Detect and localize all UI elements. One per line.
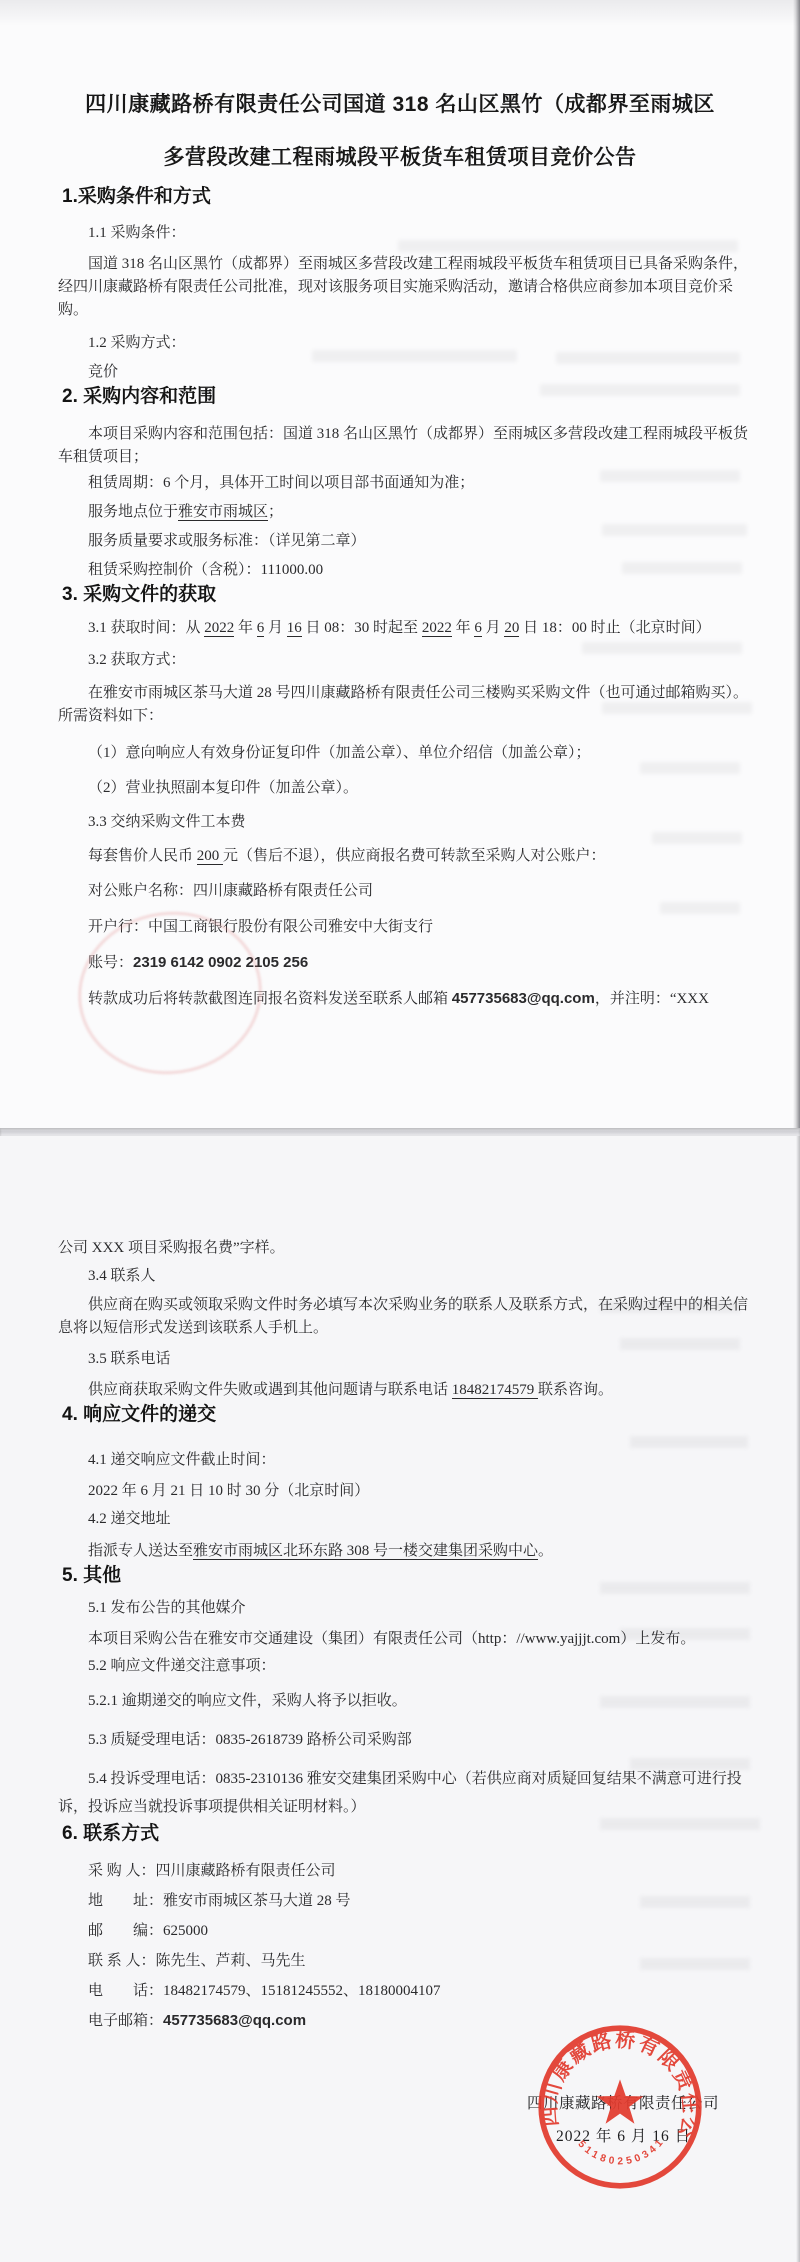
clause-3-5-text: 供应商获取采购文件失败或遇到其他问题请与联系电话 18482174579 联系咨… (88, 1379, 748, 1402)
text-segment: 供应商获取采购文件失败或遇到其他问题请与联系电话 (88, 1382, 452, 1398)
bleedthrough-text (652, 832, 742, 844)
text-segment: ； (268, 504, 283, 520)
bleedthrough-text (630, 1758, 750, 1770)
page-2: 公司 XXX 项目采购报名费”字样。 3.4 联系人 供应商在购买或领取采购文件… (0, 1136, 800, 2262)
text-segment: 指派专人送达至 (88, 1543, 193, 1559)
bleedthrough-text (556, 352, 740, 364)
seal-ring-text: 四川康藏路桥有限责任公司 (533, 2020, 703, 2142)
text-segment: 6 (474, 620, 482, 637)
text-segment: 16 (287, 620, 302, 637)
text-segment: 18482174579 (452, 1382, 538, 1399)
official-seal-stamp: 四川康藏路桥有限责任公司 5118025034105 (533, 2020, 707, 2194)
text-segment: 月 (482, 620, 505, 636)
fee-line: 每套售价人民币 200 元（售后不退），供应商报名费可转款至采购人对公账户： (88, 845, 748, 868)
clause-4-1: 4.1 递交响应文件截止时间： (88, 1449, 748, 1472)
text-segment: ，并注明：“XXX (595, 991, 709, 1007)
text-segment: 月 (264, 620, 287, 636)
query-phone-line: 5.3 质疑受理电话：0835-2618739 路桥公司采购部 (88, 1729, 748, 1752)
contact-row-phone: 电 话：18482174579、15181245552、18180004107 (88, 1980, 748, 2002)
text-segment: 元（售后不退），供应商报名费可转款至采购人对公账户： (223, 848, 606, 864)
text-segment: 每套售价人民币 (88, 848, 197, 864)
clause-3-3: 3.3 交纳采购文件工本费 (88, 811, 748, 834)
text-segment: 年 (452, 620, 475, 636)
deadline-line: 2022 年 6 月 21 日 10 时 30 分（北京时间） (88, 1480, 748, 1503)
title-line-2: 多营段改建工程雨城段平板货车租赁项目竞价公告 (55, 131, 745, 184)
contact-label: 联 系 人： (88, 1953, 156, 1969)
clause-3-4: 3.4 联系人 (88, 1265, 748, 1288)
contact-value: 陈先生、芦莉、马先生 (156, 1953, 306, 1969)
bleedthrough-text (600, 1818, 760, 1830)
bleedthrough-text (600, 1301, 740, 1313)
page-break-shadow (0, 1128, 800, 1136)
bleedthrough-text (398, 240, 738, 252)
bleedthrough-text (312, 350, 517, 362)
bleedthrough-text (660, 902, 740, 914)
bleedthrough-text (640, 762, 740, 774)
contact-value: 四川康藏路桥有限责任公司 (156, 1863, 336, 1879)
bleedthrough-text (620, 1338, 740, 1350)
bleedthrough-text (600, 1696, 750, 1708)
bleedthrough-text (620, 1628, 750, 1640)
bleedthrough-text (540, 384, 740, 396)
service-location-line: 服务地点位于雅安市雨城区； (88, 501, 748, 524)
contact-row-purchaser: 采 购 人：四川康藏路桥有限责任公司 (88, 1860, 748, 1882)
title-line-1: 四川康藏路桥有限责任公司国道 318 名山区黑竹（成都界至雨城区 (55, 78, 745, 131)
contact-label: 采 购 人： (88, 1863, 156, 1879)
scope-paragraph: 本项目采购内容和范围包括：国道 318 名山区黑竹（成都界）至雨城区多营段改建工… (58, 423, 748, 469)
text-segment: 2022 (204, 620, 234, 637)
section-4-heading: 4. 响应文件的递交 (62, 1402, 745, 1428)
account-name-line: 对公账户名称：四川康藏路桥有限责任公司 (88, 880, 748, 903)
text-segment: 2022 (422, 620, 452, 637)
contact-label: 邮 编： (88, 1923, 163, 1939)
bleedthrough-text (630, 1436, 748, 1448)
section-1-heading: 1.采购条件和方式 (62, 184, 745, 210)
svg-text:四川康藏路桥有限责任公司: 四川康藏路桥有限责任公司 (533, 2020, 703, 2142)
seal-star-icon (597, 2079, 644, 2123)
clause-3-5: 3.5 联系电话 (88, 1348, 748, 1371)
required-doc-2: （2）营业执照副本复印件（加盖公章）。 (88, 777, 748, 800)
bleedthrough-text (582, 642, 742, 654)
contact-label: 电子邮箱： (88, 2013, 163, 2029)
clause-1-2-text: 竞价 (88, 361, 748, 384)
document-title: 四川康藏路桥有限责任公司国道 318 名山区黑竹（成都界至雨城区 多营段改建工程… (55, 78, 745, 184)
contact-row-zipcode: 邮 编：625000 (88, 1920, 748, 1942)
contact-label: 地 址： (88, 1893, 163, 1909)
text-segment: 雅安市雨城区北环东路 308 号一楼交建集团采购中心 (193, 1543, 538, 1560)
clause-1-1-text: 国道 318 名山区黑竹（成都界）至雨城区多营段改建工程雨城段平板货车租赁项目已… (58, 253, 748, 322)
bleedthrough-text (602, 524, 747, 536)
transfer-note-part2: 公司 XXX 项目采购报名费”字样。 (58, 1237, 748, 1260)
bleedthrough-text (602, 702, 752, 714)
bleedthrough-text (600, 470, 740, 482)
text-segment: 20 (504, 620, 519, 637)
clause-5-1: 5.1 发布公告的其他媒介 (88, 1597, 748, 1620)
clause-3-1: 3.1 获取时间：从 2022 年 6 月 16 日 08：30 时起至 202… (88, 617, 748, 640)
text-segment: 3.1 获取时间：从 (88, 620, 204, 636)
text-segment: 200 (197, 848, 223, 865)
clause-5-2: 5.2 响应文件递交注意事项： (88, 1655, 748, 1678)
text-segment: 年 (234, 620, 257, 636)
text-segment: 联系咨询。 (538, 1382, 613, 1398)
clause-4-2: 4.2 递交地址 (88, 1508, 748, 1531)
delivery-address-line: 指派专人送达至雅安市雨城区北环东路 308 号一楼交建集团采购中心。 (88, 1540, 748, 1563)
contact-value: 625000 (163, 1923, 208, 1939)
contact-label: 电 话： (88, 1983, 163, 1999)
bleedthrough-text (640, 1958, 750, 1970)
complaint-phone-paragraph: 5.4 投诉受理电话：0835-2310136 雅安交建集团采购中心（若供应商对… (58, 1765, 748, 1821)
text-segment: 服务地点位于 (88, 504, 178, 520)
contact-value: 457735683@qq.com (163, 2012, 306, 2029)
scanned-bid-announcement: 四川康藏路桥有限责任公司国道 318 名山区黑竹（成都界至雨城区 多营段改建工程… (0, 0, 800, 2262)
text-segment: 。 (538, 1543, 553, 1559)
bleedthrough-text (622, 562, 742, 574)
text-segment: 日 08：30 时起至 (302, 620, 422, 636)
section-3-heading: 3. 采购文件的获取 (62, 582, 745, 608)
contact-value: 18482174579、15181245552、18180004107 (163, 1983, 441, 1999)
text-segment: 457735683@qq.com (452, 990, 595, 1007)
page-1: 四川康藏路桥有限责任公司国道 318 名山区黑竹（成都界至雨城区 多营段改建工程… (0, 0, 800, 1128)
text-segment: 日 18：00 时止（北京时间） (519, 620, 710, 636)
contact-value: 雅安市雨城区茶马大道 28 号 (163, 1893, 351, 1909)
text-segment: 雅安市雨城区 (178, 504, 268, 521)
contact-block: 采 购 人：四川康藏路桥有限责任公司 地 址：雅安市雨城区茶马大道 28 号 邮… (0, 1860, 800, 2032)
bleedthrough-text (640, 1896, 750, 1908)
bleedthrough-text (600, 1582, 750, 1594)
